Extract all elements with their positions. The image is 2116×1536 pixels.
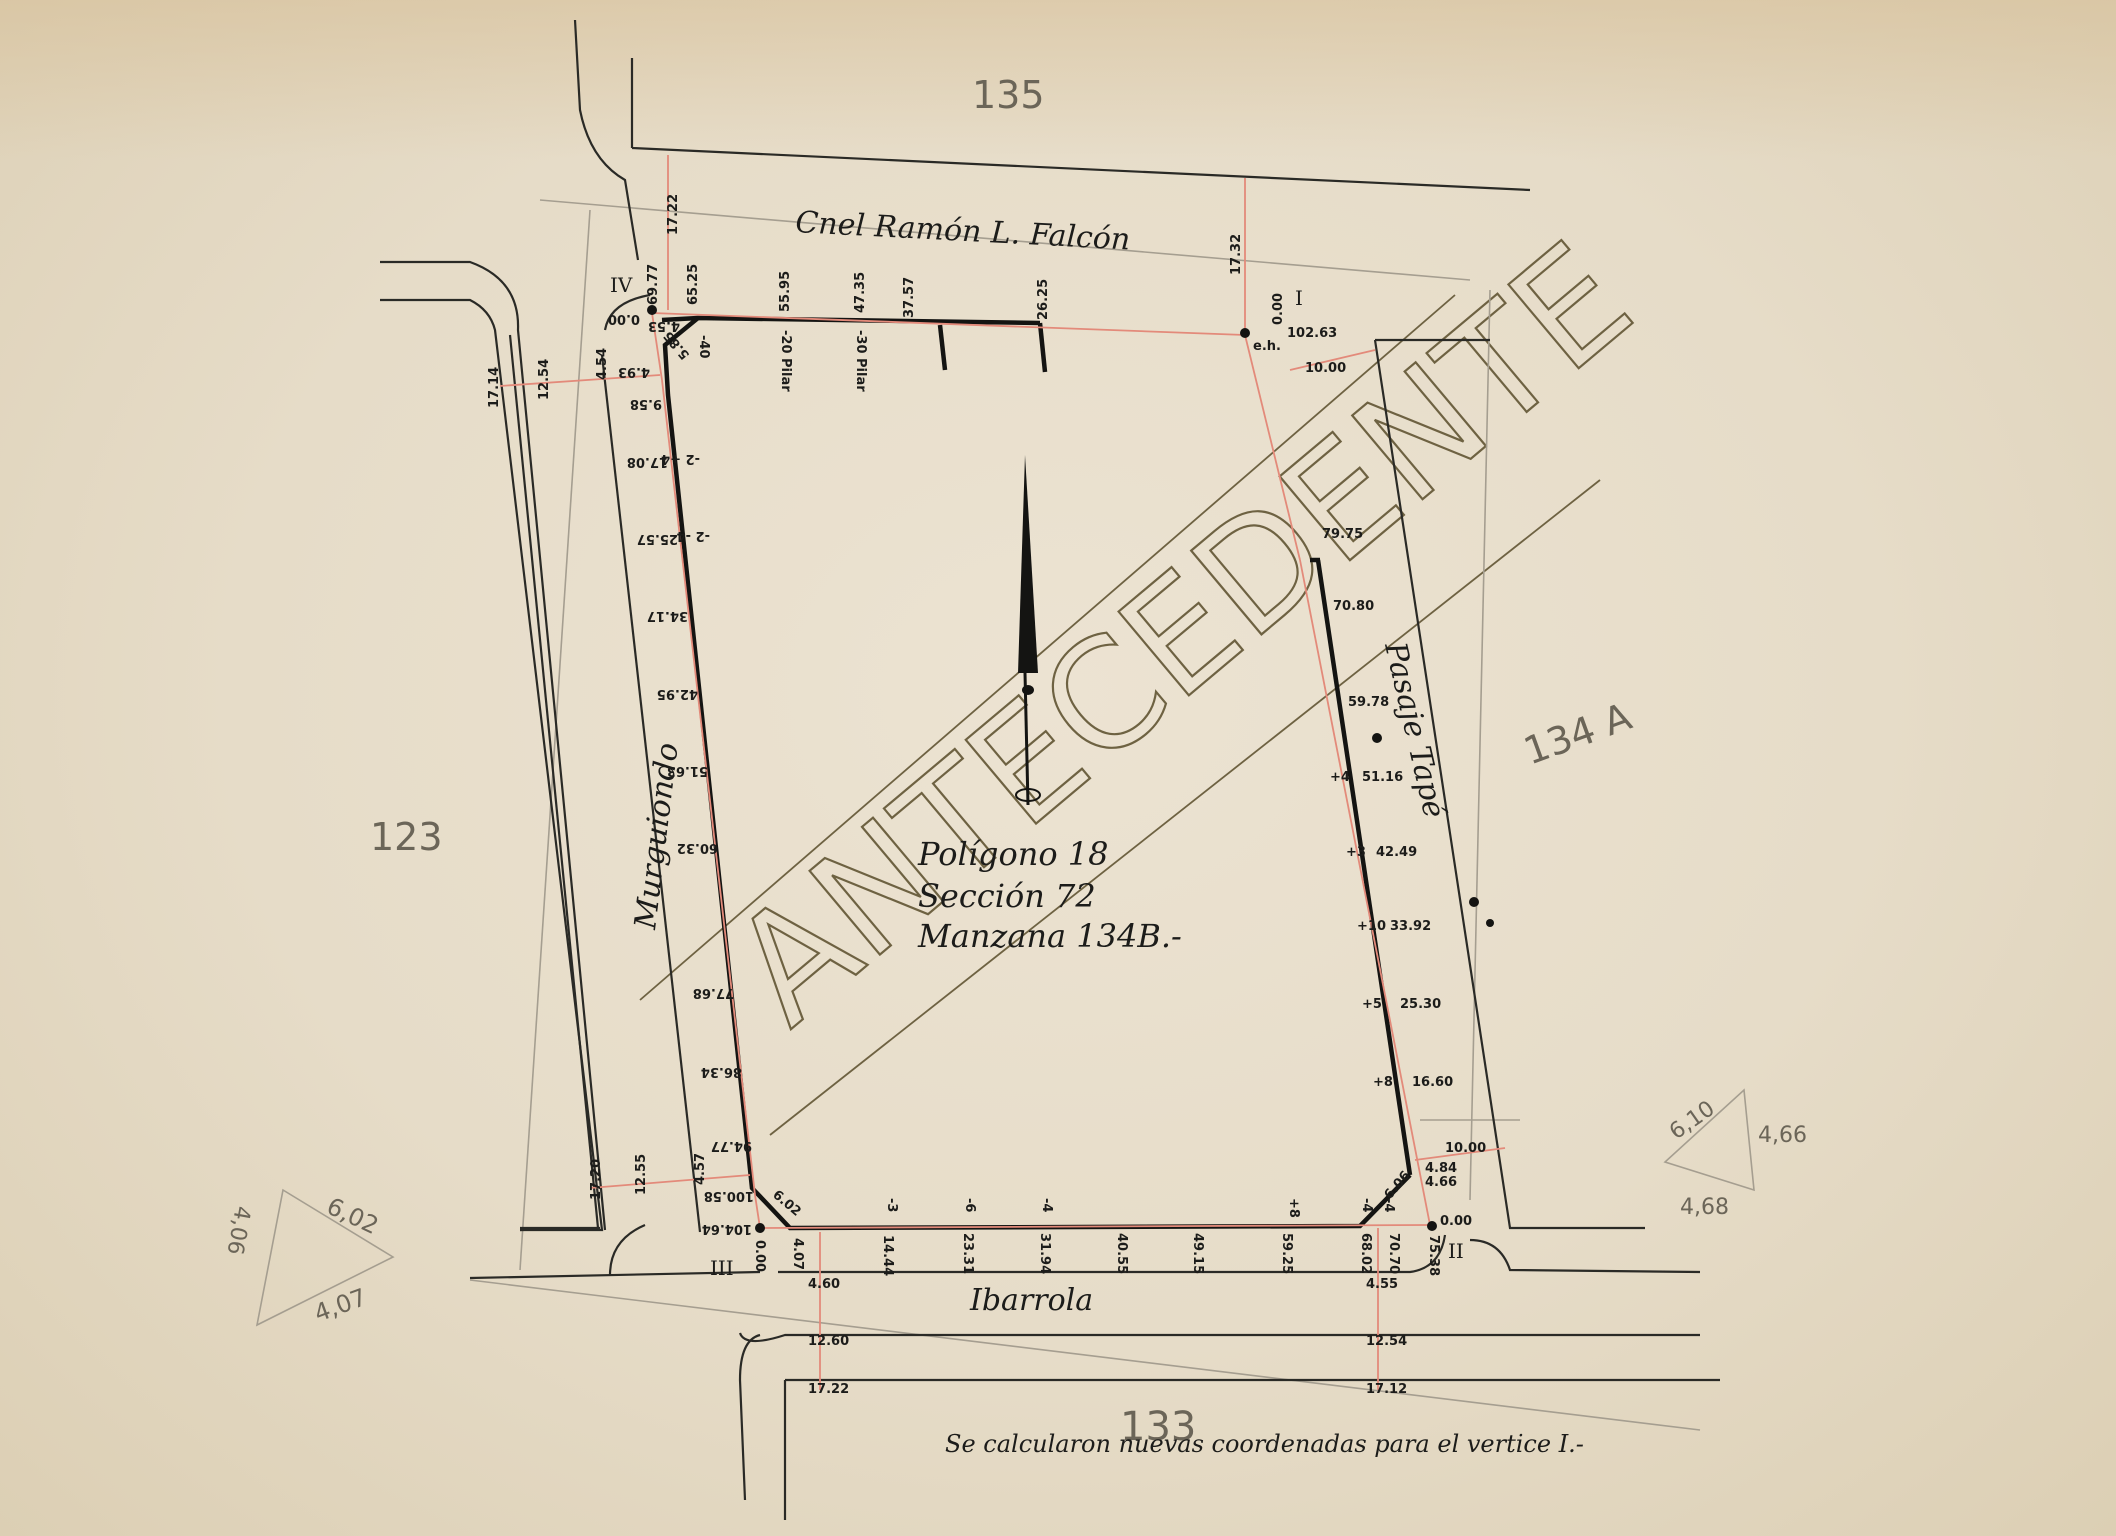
station: 4.07 xyxy=(790,1238,805,1270)
offset: -2 +4 xyxy=(661,451,700,466)
station: 68.02 xyxy=(1358,1233,1373,1274)
vertex-zero: 0.00 xyxy=(1440,1214,1472,1229)
block-number-west: 123 xyxy=(370,815,443,859)
station: 33.92 xyxy=(1390,919,1431,934)
offset: -4 xyxy=(1039,1198,1054,1212)
station: 51.63 xyxy=(667,763,708,778)
offset: -2 -4 xyxy=(677,528,710,543)
side-length: 4,66 xyxy=(1758,1123,1807,1148)
street-name-south: Ibarrola xyxy=(969,1283,1093,1318)
dimension: 4.60 xyxy=(808,1277,840,1292)
dimension: 17.12 xyxy=(1366,1382,1407,1397)
station: 59.25 xyxy=(1279,1233,1294,1274)
side-length: 4,68 xyxy=(1680,1195,1729,1220)
station: 23.31 xyxy=(960,1233,975,1274)
street-name-east: Pasaje Tapé xyxy=(1377,638,1452,821)
vertex-II: II 75.38 0.00 xyxy=(1426,1214,1472,1276)
vertex-value: 102.63 xyxy=(1287,326,1337,341)
station: 26.25 xyxy=(1036,279,1051,320)
dimension: 10.00 xyxy=(1445,1141,1486,1156)
station: 42.95 xyxy=(657,686,698,701)
stamp-text: ANTECEDENTE xyxy=(701,211,1663,1058)
street-width: 4.54 xyxy=(595,348,610,380)
vertex-III: III 104.64 0.00 xyxy=(702,1221,767,1280)
station: 25.30 xyxy=(1400,997,1441,1012)
station: 25.57 xyxy=(637,531,678,546)
block-number-east: 134 A xyxy=(1518,694,1637,773)
station: 9.58 xyxy=(630,396,662,411)
station: 47.35 xyxy=(853,272,868,313)
offset: -3 xyxy=(884,1198,899,1212)
station: 59.78 xyxy=(1348,695,1389,710)
offset: +4 xyxy=(1330,770,1350,785)
survey-plan-drawing: ANTECEDENTE xyxy=(0,0,2116,1536)
parcel-label: Polígono 18 Sección 72 Manzana 134B.- xyxy=(917,835,1182,955)
station: 70.80 xyxy=(1333,599,1374,614)
chamfer: 4.53 xyxy=(648,318,680,333)
offset: +10 xyxy=(1357,919,1386,934)
vertex-label: IV xyxy=(610,273,633,297)
dimension: 17.32 xyxy=(1229,234,1244,275)
street-width: 12.55 xyxy=(634,1154,649,1195)
station: 40.55 xyxy=(1114,1233,1129,1274)
station: 14.44 xyxy=(880,1235,895,1276)
station: 42.49 xyxy=(1376,845,1417,860)
station: 100.58 xyxy=(704,1188,754,1203)
station: 60.32 xyxy=(677,840,718,855)
offset: -6 xyxy=(962,1198,977,1212)
street-width: 17.20 xyxy=(589,1159,604,1200)
vertex-tag: e.h. xyxy=(1253,339,1281,354)
chamfer: 4.93 xyxy=(618,364,650,379)
block-number-north: 135 xyxy=(972,73,1045,117)
south-side-stations: 4.07 14.44 23.31 31.94 40.55 49.15 59.25… xyxy=(790,1168,1414,1397)
offset: +3 xyxy=(1346,845,1366,860)
station: 70.70 xyxy=(1386,1233,1401,1274)
street-width: 4.57 xyxy=(693,1153,708,1185)
triangle-right: 6,10 4,66 4,68 xyxy=(1665,1090,1807,1220)
station: 4.66 xyxy=(1425,1175,1457,1190)
offset: -20 Pilar xyxy=(778,330,793,392)
offset: -4 xyxy=(1359,1198,1374,1212)
side-length: 4,06 xyxy=(222,1204,255,1257)
vertex-value: 104.64 xyxy=(702,1221,752,1236)
street-width: 12.54 xyxy=(537,359,552,400)
dimension: 10.00 xyxy=(1305,361,1346,376)
dimension: 4.55 xyxy=(1366,1277,1398,1292)
station: 34.17 xyxy=(647,608,688,623)
offset: +5 xyxy=(1362,997,1382,1012)
station: 51.16 xyxy=(1362,770,1403,785)
dimension: 12.60 xyxy=(808,1334,849,1349)
station: 86.34 xyxy=(701,1064,742,1079)
survey-note: Se calcularon nuevas coordenadas para el… xyxy=(945,1430,1584,1458)
seccion-label: Sección 72 xyxy=(918,877,1096,915)
survey-plan-sheet: ANTECEDENTE xyxy=(0,0,2116,1536)
station: 79.75 xyxy=(1322,527,1363,542)
vertex-label: III xyxy=(710,1256,734,1280)
offset: -40 xyxy=(696,335,711,359)
dimension: 12.54 xyxy=(1366,1334,1407,1349)
vertex-zero: 0.00 xyxy=(608,311,640,326)
vertex-label: I xyxy=(1295,286,1303,310)
triangle-left: 6,02 4,07 4,06 xyxy=(222,1190,393,1328)
vertex-zero: 0.00 xyxy=(752,1240,767,1272)
station: 49.15 xyxy=(1190,1233,1205,1274)
station: 94.77 xyxy=(711,1138,752,1153)
station: 77.68 xyxy=(693,985,734,1000)
poligono-label: Polígono 18 xyxy=(917,835,1108,873)
side-length: 4,07 xyxy=(310,1283,370,1328)
station: 16.60 xyxy=(1412,1075,1453,1090)
street-name-north: Cnel Ramón L. Falcón xyxy=(795,205,1132,257)
station: 4.84 xyxy=(1425,1161,1457,1176)
station: 55.95 xyxy=(778,271,793,312)
dimension: 17.22 xyxy=(666,194,681,235)
offset: -30 Pilar xyxy=(853,330,868,392)
offset: +8 xyxy=(1373,1075,1393,1090)
vertex-value: 75.38 xyxy=(1426,1235,1441,1276)
offset: +8 xyxy=(1286,1198,1301,1218)
street-width: 17.14 xyxy=(487,367,502,408)
vertex-I: I 102.63 0.00 e.h. xyxy=(1240,286,1337,354)
station: 65.25 xyxy=(686,264,701,305)
vertex-value: 69.77 xyxy=(646,264,661,305)
station: 37.57 xyxy=(902,277,917,318)
manzana-label: Manzana 134B.- xyxy=(917,917,1182,955)
station: 31.94 xyxy=(1037,1233,1052,1274)
vertex-label: II xyxy=(1448,1239,1464,1263)
dimension: 17.22 xyxy=(808,1382,849,1397)
vertex-zero: 0.00 xyxy=(1271,293,1286,325)
